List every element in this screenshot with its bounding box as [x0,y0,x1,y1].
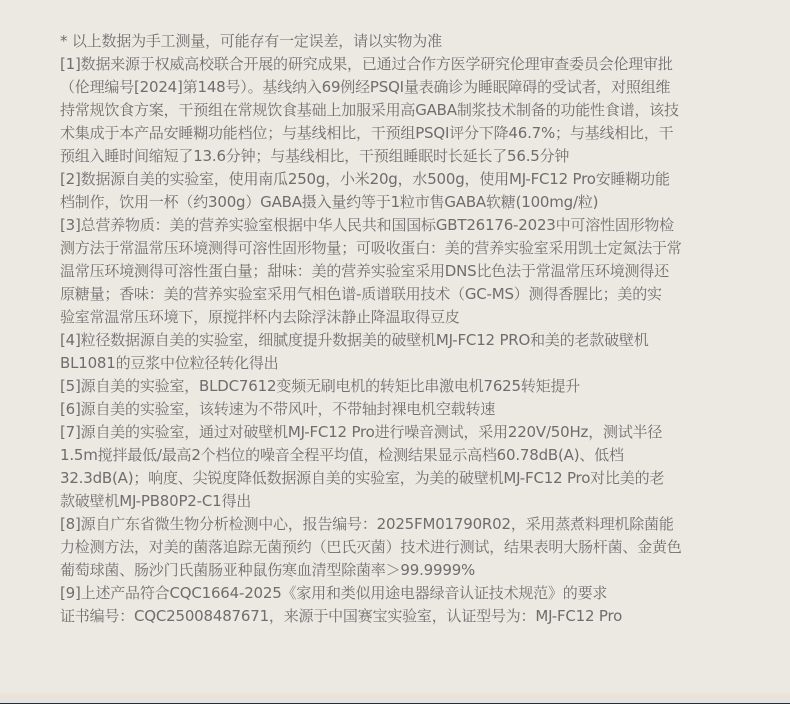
footnotes-block: * 以上数据为手工测量，可能存有一定误差，请以实物为准 [1]数据来源于权威高校… [60,30,732,628]
footnote-9-line-2: 证书编号：CQC25008487671，来源于中国赛宝实验室，认证型号为：MJ-… [60,605,732,628]
footnote-2-line-2: 档制作，饮用一杯（约300g）GABA摄入量约等于1粒市售GABA软糖(100m… [60,191,732,214]
footnote-3-line-2: 测方法于常温常压环境测得可溶性固形物量；可吸收蛋白：美的营养实验室采用凯士定氮法… [60,237,732,260]
footnote-7-line-1: [7]源自美的实验室，通过对破壁机MJ-FC12 Pro进行噪音测试，采用220… [60,421,732,444]
footnote-9-line-1: [9]上述产品符合CQC1664-2025《家用和类似用途电器绿音认证技术规范》… [60,582,732,605]
footnote-4-line-2: BL1081的豆浆中位粒径转化得出 [60,352,732,375]
footnote-3-line-3: 温常压环境测得可溶性蛋白量；甜味：美的营养实验室采用DNS比色法于常温常压环境测… [60,260,732,283]
footnote-1-line-3: 持常规饮食方案，干预组在常规饮食基础上加服采用高GABA制浆技术制备的功能性食谱… [60,99,732,122]
footnote-7-line-2: 1.5m搅拌最低/最高2个档位的噪音全程平均值，检测结果显示高档60.78dB(… [60,444,732,467]
footnote-3-line-5: 验室常温常压环境下，原搅拌杯内去除浮沫静止降温取得豆皮 [60,306,732,329]
footnote-7-line-4: 款破壁机MJ-PB80P2-C1得出 [60,490,732,513]
footnote-6: [6]源自美的实验室，该转速为不带风叶，不带轴封裸电机空载转速 [60,398,732,421]
footnote-1-line-2: （伦理编号[2024]第148号）。基线纳入69例经PSQI量表确诊为睡眠障碍的… [60,76,732,99]
footnote-5: [5]源自美的实验室，BLDC7612变频无刷电机的转矩比串激电机7625转矩提… [60,375,732,398]
footnote-8-line-2: 力检测方法，对美的菌落追踪无菌预约（巴氏灭菌）技术进行测试，结果表明大肠杆菌、金… [60,536,732,559]
footnote-1-line-1: [1]数据来源于权威高校联合开展的研究成果，已通过合作方医学研究伦理审查委员会伦… [60,53,732,76]
footnote-7-line-3: 32.3dB(A)；响度、尖锐度降低数据源自美的实验室，为美的破壁机MJ-FC1… [60,467,732,490]
footnote-8-line-1: [8]源自广东省微生物分析检测中心，报告编号：2025FM01790R02，采用… [60,513,732,536]
footnote-4-line-1: [4]粒径数据源自美的实验室，细腻度提升数据美的破壁机MJ-FC12 PRO和美… [60,329,732,352]
footnote-2-line-1: [2]数据源自美的实验室，使用南瓜250g，小米20g，水500g，使用MJ-F… [60,168,732,191]
disclaimer-note: * 以上数据为手工测量，可能存有一定误差，请以实物为准 [60,30,732,53]
footnote-8-line-3: 葡萄球菌、肠沙门氏菌肠亚种鼠伤寒血清型除菌率＞99.9999% [60,559,732,582]
footnote-3-line-1: [3]总营养物质：美的营养实验室根据中华人民共和国国标GBT26176-2023… [60,214,732,237]
footnote-1-line-4: 术集成于本产品安睡糊功能档位；与基线相比，干预组PSQI评分下降46.7%；与基… [60,122,732,145]
footnote-3-line-4: 原糖量；香味：美的营养实验室采用气相色谱-质谱联用技术（GC-MS）测得香腥比；… [60,283,732,306]
bottom-edge-band [0,692,790,704]
footnote-1-line-5: 预组入睡时间缩短了13.6分钟；与基线相比，干预组睡眠时长延长了56.5分钟 [60,145,732,168]
